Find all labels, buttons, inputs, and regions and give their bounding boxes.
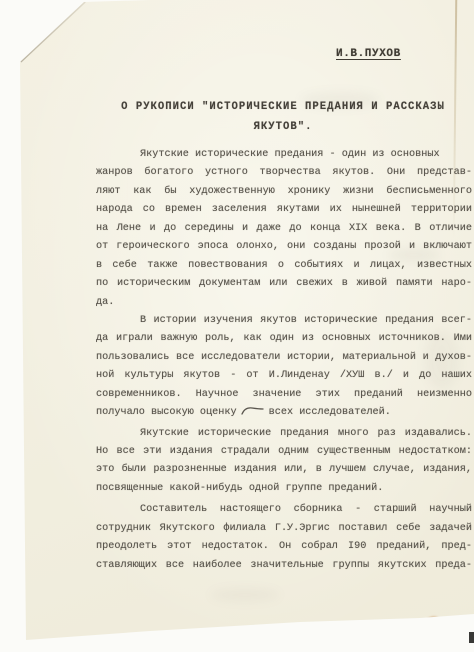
handwritten-insertion-mark-icon bbox=[240, 405, 264, 416]
text-line: да. bbox=[96, 294, 472, 312]
text-line: ной культуры якутов - от И.Линденау /ХУШ… bbox=[96, 367, 472, 385]
paper-stain bbox=[423, 614, 441, 628]
text-line: современников. Научное значение этих пре… bbox=[96, 386, 472, 404]
folded-corner-crease bbox=[20, 1, 85, 62]
text-line: народа со времен заселения якутами их ны… bbox=[96, 201, 472, 219]
paragraph: Якутские исторические предания много раз… bbox=[96, 425, 472, 499]
scanned-document-photo: { "document": { "author": "И.В.ПУХОВ", "… bbox=[0, 0, 474, 652]
title-line-2: ЯКУТОВ". bbox=[94, 117, 472, 137]
text-line: преодолеть этот недостаток. Он собрал I9… bbox=[96, 538, 472, 556]
text-line: Якутские исторические предания - один из… bbox=[96, 146, 472, 164]
document-body: Якутские исторические предания - один из… bbox=[96, 146, 472, 575]
text-line: в себе также повествования о событиях и … bbox=[96, 257, 472, 275]
text-line: ляют как бы художественную хронику жизни… bbox=[96, 183, 472, 201]
text-line: получало высокую оценкувсех исследовател… bbox=[96, 404, 472, 422]
text-line: ставляющих все наиболее значительные гру… bbox=[96, 557, 472, 575]
paper-page: И.В.ПУХОВ О РУКОПИСИ "ИСТОРИЧЕСКИЕ ПРЕДА… bbox=[0, 0, 474, 652]
title-line-1: О РУКОПИСИ "ИСТОРИЧЕСКИЕ ПРЕДАНИЯ И РАСС… bbox=[94, 97, 472, 117]
text-line: жанров богатого устного творчества якуто… bbox=[96, 164, 472, 182]
author-name: И.В.ПУХОВ bbox=[336, 48, 401, 60]
text-line: пользовались все исследователи истории, … bbox=[96, 349, 472, 367]
paragraph: В истории изучения якутов исторические п… bbox=[96, 312, 472, 423]
text-line: это были разрозненные издания или, в луч… bbox=[96, 461, 472, 479]
paragraph: Составитель настоящего сборника - старши… bbox=[96, 501, 472, 575]
text-line: Но все эти издания страдали одним сущест… bbox=[96, 443, 472, 461]
text-line: да играли важную роль, как один из основ… bbox=[96, 330, 472, 348]
text-segment: получало высокую оценку bbox=[96, 407, 237, 418]
document-title: О РУКОПИСИ "ИСТОРИЧЕСКИЕ ПРЕДАНИЯ И РАСС… bbox=[94, 97, 472, 137]
text-line: Якутские исторические предания много раз… bbox=[96, 425, 472, 443]
text-line: Составитель настоящего сборника - старши… bbox=[96, 501, 472, 519]
text-line: от героического эпоса олонхо, они создан… bbox=[96, 238, 472, 256]
text-line: сотрудник Якутского филиала Г.У.Эргис по… bbox=[96, 520, 472, 538]
scan-edge-artifact bbox=[469, 632, 474, 643]
text-line: В истории изучения якутов исторические п… bbox=[96, 312, 472, 330]
paragraph: Якутские исторические предания - один из… bbox=[96, 146, 472, 312]
text-segment: всех исследователей. bbox=[269, 407, 391, 418]
edge-speck bbox=[10, 586, 13, 592]
text-line: по историческим документам или свежих в … bbox=[96, 275, 472, 293]
text-line: на Лене и до середины и даже до конца XI… bbox=[96, 220, 472, 238]
text-line: посвященные какой-нибудь одной группе пр… bbox=[96, 480, 472, 498]
edge-speck bbox=[9, 560, 12, 567]
bleed-through-smudge bbox=[210, 588, 280, 602]
